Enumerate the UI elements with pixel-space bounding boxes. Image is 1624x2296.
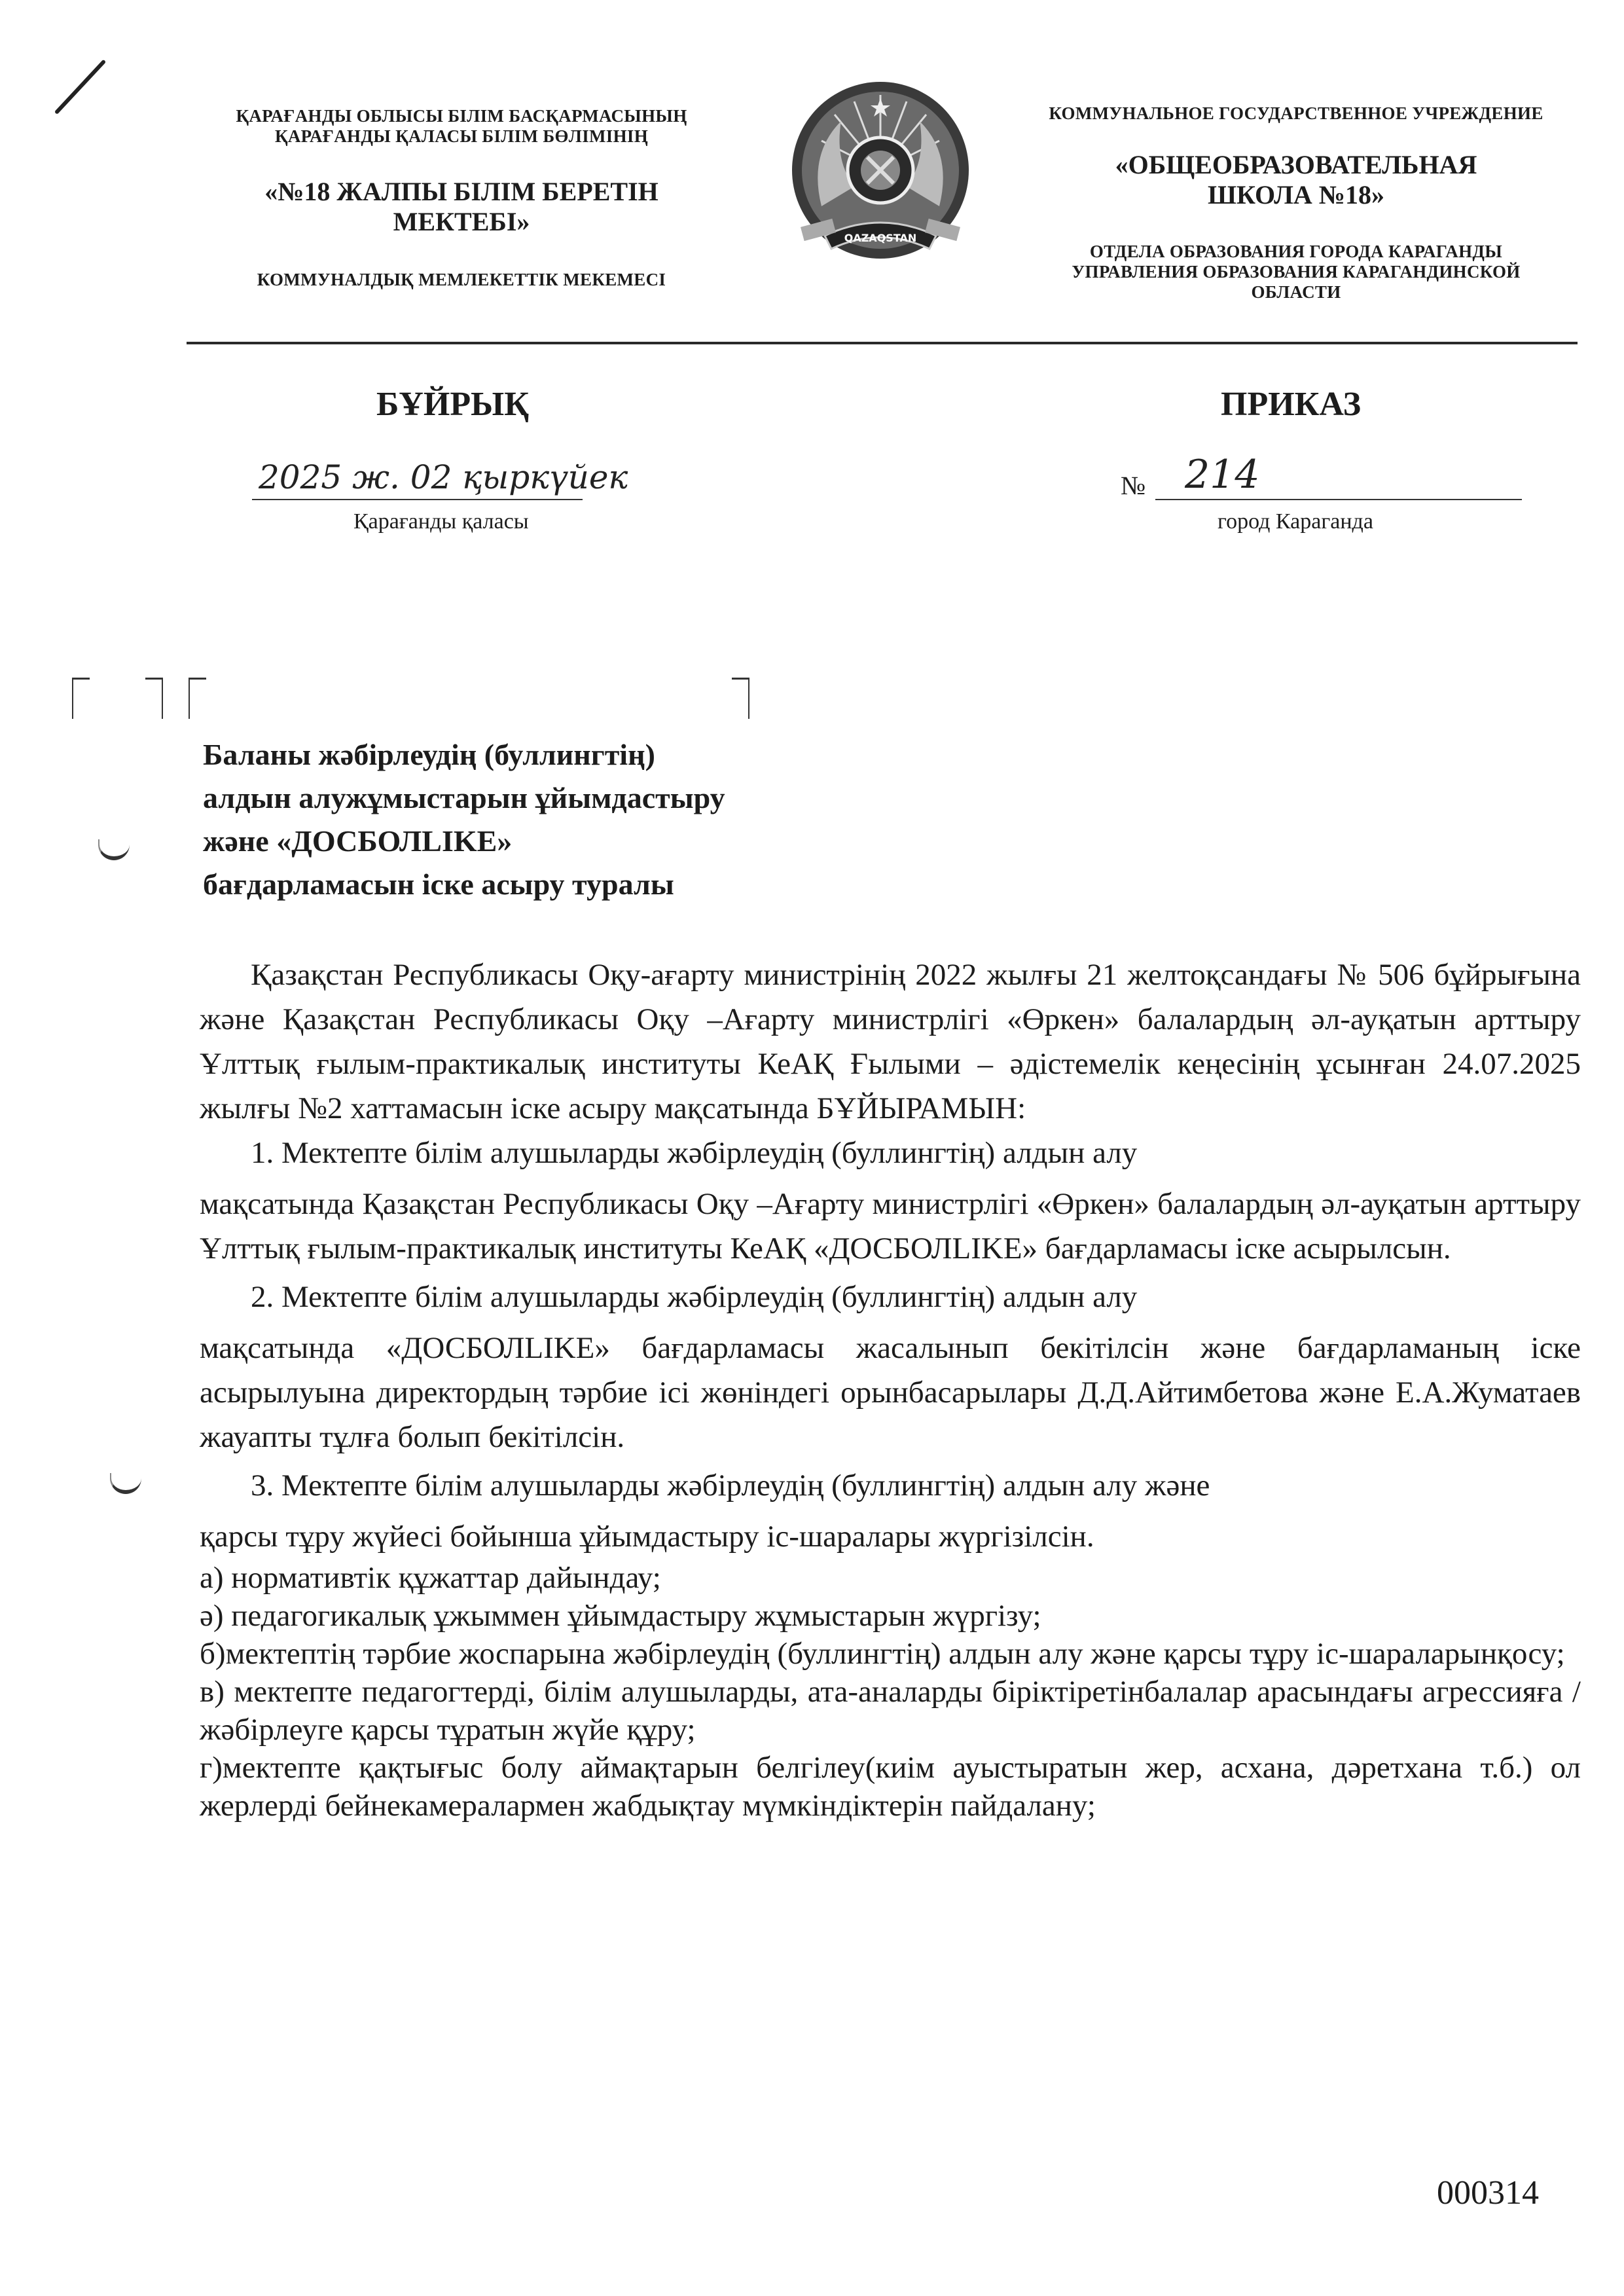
order-number-label: № [1121, 470, 1146, 501]
header-left-line2: ҚАРАҒАНДЫ ҚАЛАСЫ БІЛІМ БӨЛІМІНІҢ [190, 126, 733, 147]
kazakhstan-state-emblem-icon: QAZAQSTAN [782, 75, 979, 272]
item-2-text: мақсатында «ДОСБОЛLIKE» бағдарламасы жас… [200, 1326, 1581, 1459]
subitem-a: а) нормативтік құжаттар дайындау; [200, 1559, 1581, 1597]
order-number-handwritten: 214 [1185, 452, 1260, 498]
order-title-ru: ПРИКАЗ [1221, 385, 1361, 424]
order-body: Қазақстан Республикасы Оқу-ағарту минист… [200, 953, 1581, 1825]
header-right-type: КОММУНАЛЬНОЕ ГОСУДАРСТВЕННОЕ УЧРЕЖДЕНИЕ [1001, 103, 1591, 124]
subject-line: Баланы жәбірлеудің (буллингтің) [203, 733, 725, 776]
city-kz: Қарағанды қаласы [353, 509, 529, 534]
item-3-second-line: қарсы тұру жүйесі бойынша ұйымдастыру іс… [200, 1514, 1581, 1559]
city-ru: город Караганда [1218, 509, 1373, 534]
subitem-v: в) мектепте педагогтерді, білім алушылар… [200, 1673, 1581, 1749]
header-right-name1: «ОБЩЕОБРАЗОВАТЕЛЬНАЯ [1001, 150, 1591, 180]
subitem-b: б)мектептің тәрбие жоспарына жәбірлеудің… [200, 1635, 1581, 1673]
header-left: ҚАРАҒАНДЫ ОБЛЫСЫ БІЛІМ БАСҚАРМАСЫНЫҢ ҚАР… [190, 106, 733, 290]
punch-hole-mark [110, 1473, 141, 1494]
emblem-ribbon: QAZAQSTAN [844, 232, 917, 244]
subitem-g: г)мектепте қақтығыс болу аймақтарын белг… [200, 1749, 1581, 1825]
header-right: КОММУНАЛЬНОЕ ГОСУДАРСТВЕННОЕ УЧРЕЖДЕНИЕ … [1001, 103, 1591, 302]
header-divider [187, 342, 1578, 344]
header-right-line3: ОБЛАСТИ [1001, 282, 1591, 302]
preamble-paragraph: Қазақстан Республикасы Оқу-ағарту минист… [200, 953, 1581, 1131]
corner-bracket-mark [72, 678, 90, 719]
corner-bracket-mark [732, 678, 749, 719]
item-1-text: мақсатында Қазақстан Республикасы Оқу –А… [200, 1182, 1581, 1271]
subject-line: алдын алужұмыстарын ұйымдастыру [203, 776, 725, 820]
order-date-handwritten: 2025 ж. 02 қыркүйек [259, 458, 628, 496]
page-code: 000314 [1437, 2174, 1539, 2212]
item-1-first-line: 1. Мектепте білім алушыларды жәбірлеудің… [200, 1131, 1581, 1175]
order-subject: Баланы жәбірлеудің (буллингтің) алдын ал… [203, 733, 725, 906]
item-3-first-line: 3. Мектепте білім алушыларды жәбірлеудің… [200, 1463, 1581, 1508]
header-left-line1: ҚАРАҒАНДЫ ОБЛЫСЫ БІЛІМ БАСҚАРМАСЫНЫҢ [190, 106, 733, 126]
item-2-first-line: 2. Мектепте білім алушыларды жәбірлеудің… [200, 1275, 1581, 1319]
number-underline [1155, 499, 1522, 500]
date-underline [252, 499, 583, 500]
header-right-line1: ОТДЕЛА ОБРАЗОВАНИЯ ГОРОДА КАРАГАНДЫ [1001, 242, 1591, 262]
header-left-name1: «№18 ЖАЛПЫ БІЛІМ БЕРЕТІН [190, 177, 733, 207]
subitem-ae: ә) педагогикалық ұжыммен ұйымдастыру жұм… [200, 1597, 1581, 1635]
subject-line: және «ДОСБОЛLIKE» [203, 820, 725, 863]
header-right-line2: УПРАВЛЕНИЯ ОБРАЗОВАНИЯ КАРАГАНДИНСКОЙ [1001, 262, 1591, 282]
pen-mark [54, 60, 106, 115]
punch-hole-mark [98, 839, 130, 860]
header-right-name2: ШКОЛА №18» [1001, 180, 1591, 210]
corner-bracket-mark [189, 678, 206, 719]
corner-bracket-mark [145, 678, 163, 719]
header-left-name2: МЕКТЕБІ» [190, 207, 733, 237]
subject-line: бағдарламасын іске асыру туралы [203, 863, 725, 906]
header-left-type: КОММУНАЛДЫҚ МЕМЛЕКЕТТІК МЕКЕМЕСІ [190, 270, 733, 290]
order-title-kz: БҰЙРЫҚ [376, 385, 529, 424]
